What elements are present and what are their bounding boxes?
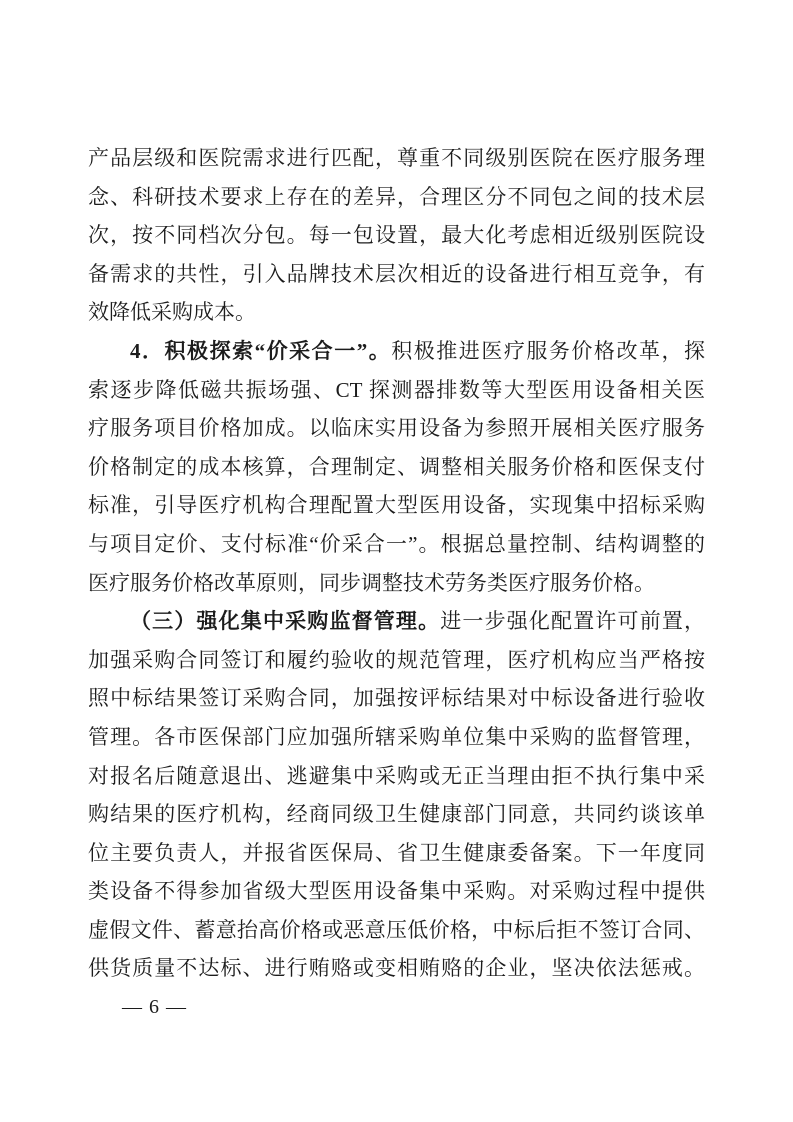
text-line: 索逐步降低磁共振场强、CT 探测器排数等大型医用设备相关医: [88, 371, 705, 410]
text-line: 位主要负责人，并报省医保局、省卫生健康委备案。下一年度同: [88, 834, 705, 873]
text-run: 积极推进医疗服务价格改革，探: [391, 339, 705, 363]
text-line: 购结果的医疗机构，经商同级卫生健康部门同意，共同约谈该单: [88, 795, 705, 834]
text-line: 备需求的共性，引入品牌技术层次相近的设备进行相互竞争，有: [88, 255, 705, 294]
text-line: （三）强化集中采购监督管理。进一步强化配置许可前置，: [88, 602, 705, 641]
text-line: 对报名后随意退出、逃避集中采购或无正当理由拒不执行集中采: [88, 757, 705, 796]
text-line: 管理。各市医保部门应加强所辖采购单位集中采购的监督管理，: [88, 718, 705, 757]
item-4-paragraph: 4．积极探索“价采合一”。积极推进医疗服务价格改革，探 索逐步降低磁共振场强、C…: [88, 332, 705, 602]
section-3-paragraph: （三）强化集中采购监督管理。进一步强化配置许可前置， 加强采购合同签订和履约验收…: [88, 602, 705, 988]
document-page: 产品层级和医院需求进行匹配，尊重不同级别医院在医疗服务理 念、科研技术要求上存在…: [0, 0, 793, 1122]
text-line: 标准，引导医疗机构合理配置大型医用设备，实现集中招标采购: [88, 486, 705, 525]
text-line: 供货质量不达标、进行贿赂或变相贿赂的企业，坚决依法惩戒。: [88, 949, 705, 988]
text-line: 加强采购合同签订和履约验收的规范管理，医疗机构应当严格按: [88, 641, 705, 680]
page-number: — 6 —: [122, 995, 187, 1019]
text-line: 效降低采购成本。: [88, 293, 705, 332]
text-line: 产品层级和医院需求进行匹配，尊重不同级别医院在医疗服务理: [88, 139, 705, 178]
item-4-heading: 4．积极探索“价采合一”。: [130, 339, 391, 363]
text-line: 虚假文件、蓄意抬高价格或恶意压低价格，中标后拒不签订合同、: [88, 911, 705, 950]
text-line: 与项目定价、支付标准“价采合一”。根据总量控制、结构调整的: [88, 525, 705, 564]
document-body: 产品层级和医院需求进行匹配，尊重不同级别医院在医疗服务理 念、科研技术要求上存在…: [88, 139, 705, 988]
text-line: 4．积极探索“价采合一”。积极推进医疗服务价格改革，探: [88, 332, 705, 371]
text-line: 医疗服务价格改革原则，同步调整技术劳务类医疗服务价格。: [88, 564, 705, 603]
text-line: 价格制定的成本核算，合理制定、调整相关服务价格和医保支付: [88, 448, 705, 487]
text-run: 进一步强化配置许可前置，: [440, 609, 705, 633]
continuation-paragraph: 产品层级和医院需求进行匹配，尊重不同级别医院在医疗服务理 念、科研技术要求上存在…: [88, 139, 705, 332]
text-line: 念、科研技术要求上存在的差异，合理区分不同包之间的技术层: [88, 178, 705, 217]
text-line: 类设备不得参加省级大型医用设备集中采购。对采购过程中提供: [88, 872, 705, 911]
text-line: 疗服务项目价格加成。以临床实用设备为参照开展相关医疗服务: [88, 409, 705, 448]
text-line: 次，按不同档次分包。每一包设置，最大化考虑相近级别医院设: [88, 216, 705, 255]
text-line: 照中标结果签订采购合同，加强按评标结果对中标设备进行验收: [88, 679, 705, 718]
section-3-heading: （三）强化集中采购监督管理。: [130, 609, 440, 633]
